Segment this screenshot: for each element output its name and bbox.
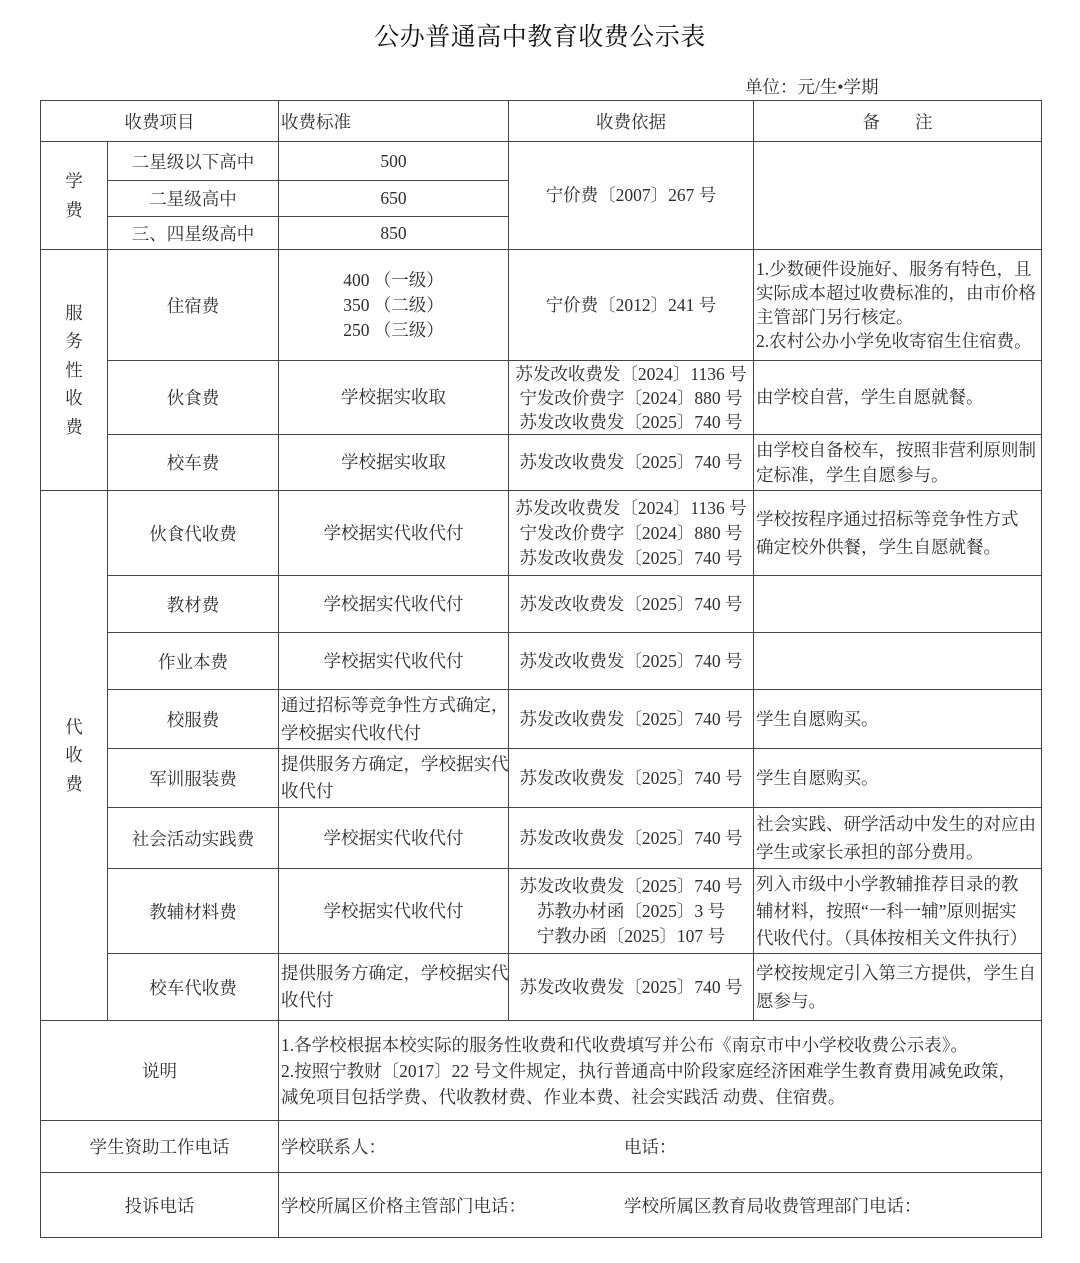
standard-line: 提供服务方确定，学校据实代 — [281, 960, 506, 987]
fee-remarks — [754, 576, 1042, 633]
table-row: 军训服装费 提供服务方确定，学校据实代 收代付 苏发改收费发〔2025〕740 … — [41, 749, 1042, 808]
standard-line: 收代付 — [281, 987, 506, 1014]
aid-phone-row: 学生资助工作电话 学校联系人： 电话： — [41, 1121, 1042, 1173]
remarks-line: 由学校自备校车，按照非营利原则制 — [756, 438, 1039, 463]
basis-line: 宁发改价费字〔2024〕880 号 — [511, 521, 751, 546]
remarks-line: 学生或家长承担的部分费用。 — [756, 838, 1039, 866]
notes-line: 2.按照宁教财〔2017〕22 号文件规定，执行普通高中阶段家庭经济困难学生教育… — [281, 1058, 1039, 1084]
fee-item: 校服费 — [108, 690, 279, 749]
fee-item: 二星级高中 — [108, 181, 279, 217]
category-service-fees: 服务性收费 — [41, 250, 108, 491]
fee-item: 校车代收费 — [108, 954, 279, 1021]
notes-row: 说明 1.各学校根据本校实际的服务性收费和代收费填写并公布《南京市中小学校收费公… — [41, 1021, 1042, 1121]
fee-remarks: 社会实践、研学活动中发生的对应由 学生或家长承担的部分费用。 — [754, 808, 1042, 869]
remarks-line: 学生自愿购买。 — [756, 707, 1039, 732]
fee-standard: 提供服务方确定，学校据实代 收代付 — [279, 954, 509, 1021]
fee-standard: 650 — [279, 181, 509, 217]
header-item: 收费项目 — [41, 101, 279, 142]
fee-item: 军训服装费 — [108, 749, 279, 808]
fee-remarks: 列入市级中小学教辅推荐目录的教 辅材料，按照“一科一辅”原则据实 代收代付。（具… — [754, 869, 1042, 954]
basis-line: 苏发改收费发〔2024〕1136 号 — [511, 496, 751, 521]
table-row: 教材费 学校据实代收代付 苏发改收费发〔2025〕740 号 — [41, 576, 1042, 633]
fee-basis: 苏发改收费发〔2024〕1136 号 宁发改价费字〔2024〕880 号 苏发改… — [509, 491, 754, 576]
fee-standard: 学校据实代收代付 — [279, 869, 509, 954]
category-label: 服务性收费 — [65, 299, 83, 442]
fee-standard: 学校据实代收代付 — [279, 808, 509, 869]
basis-line: 宁价费〔2012〕241 号 — [511, 293, 751, 318]
fee-remarks: 学校按规定引入第三方提供，学生自 愿参与。 — [754, 954, 1042, 1021]
basis-line: 苏发改收费发〔2025〕740 号 — [511, 450, 751, 475]
basis-line: 苏发改收费发〔2025〕740 号 — [511, 649, 751, 674]
aid-phone-label: 学生资助工作电话 — [41, 1121, 279, 1173]
remarks-line: 代收代付。（具体按相关文件执行） — [756, 925, 1039, 952]
standard-line: 通过招标等竞争性方式确定， — [281, 691, 506, 719]
fee-basis: 苏发改收费发〔2025〕740 号 苏教办材函〔2025〕3 号 宁教办函〔20… — [509, 869, 754, 954]
basis-line: 苏发改收费发〔2025〕740 号 — [511, 546, 751, 571]
fee-remarks: 学生自愿购买。 — [754, 690, 1042, 749]
fee-remarks — [754, 633, 1042, 690]
remarks-line: 1.少数硬件设施好、服务有特色，且 — [756, 257, 1039, 281]
fee-basis: 宁价费〔2012〕241 号 — [509, 250, 754, 361]
remarks-line: 实际成本超过收费标准的，由市价格 — [756, 281, 1039, 305]
fee-remarks: 由学校自营，学生自愿就餐。 — [754, 361, 1042, 435]
fee-basis: 苏发改收费发〔2025〕740 号 — [509, 954, 754, 1021]
basis-line: 宁教办函〔2025〕107 号 — [511, 924, 751, 949]
header-standard: 收费标准 — [279, 101, 509, 142]
standard-line: 学校据实代收代付 — [281, 826, 506, 851]
fee-item: 教辅材料费 — [108, 869, 279, 954]
basis-line: 苏发改收费发〔2025〕740 号 — [511, 766, 751, 791]
notes-label: 说明 — [41, 1021, 279, 1121]
standard-line: 学校据实代收代付 — [281, 649, 506, 674]
standard-line: 学校据实代收代付 — [281, 719, 506, 747]
standard-line: 学校据实收取 — [281, 385, 506, 410]
standard-line: 学校据实收取 — [281, 450, 506, 475]
page-title: 公办普通高中教育收费公示表 — [0, 17, 1080, 53]
fee-basis: 苏发改收费发〔2025〕740 号 — [509, 435, 754, 491]
fee-item: 社会活动实践费 — [108, 808, 279, 869]
table-row: 伙食费 学校据实收取 苏发改收费发〔2024〕1136 号 宁发改价费字〔202… — [41, 361, 1042, 435]
standard-line: 350 （二级） — [281, 293, 506, 318]
fee-item: 二星级以下高中 — [108, 142, 279, 181]
fee-standard: 500 — [279, 142, 509, 181]
fee-standard: 学校据实代收代付 — [279, 491, 509, 576]
remarks-line: 确定校外供餐，学生自愿就餐。 — [756, 533, 1039, 561]
fee-basis: 苏发改收费发〔2025〕740 号 — [509, 808, 754, 869]
aid-phone-fields: 学校联系人： 电话： — [281, 1134, 1039, 1159]
complaint-phone-row: 投诉电话 学校所属区价格主管部门电话： 学校所属区教育局收费管理部门电话： — [41, 1173, 1042, 1238]
remarks-line: 主管部门另行核定。 — [756, 305, 1039, 329]
remarks-line: 学校按程序通过招标等竞争性方式 — [756, 505, 1039, 533]
remarks-line: 辅材料，按照“一科一辅”原则据实 — [756, 898, 1039, 925]
table-row: 教辅材料费 学校据实代收代付 苏发改收费发〔2025〕740 号 苏教办材函〔2… — [41, 869, 1042, 954]
notes-line: 减免项目包括学费、代收教材费、作业本费、社会实践活 动费、住宿费。 — [281, 1084, 1039, 1110]
edu-dept-phone-field: 学校所属区教育局收费管理部门电话： — [624, 1193, 922, 1218]
standard-line: 收代付 — [281, 778, 506, 805]
header-remarks: 备 注 — [754, 101, 1042, 142]
fee-standard: 学校据实代收代付 — [279, 576, 509, 633]
remarks-line: 社会实践、研学活动中发生的对应由 — [756, 810, 1039, 838]
standard-line: 提供服务方确定，学校据实代 — [281, 751, 506, 778]
category-label: 代收费 — [65, 713, 83, 799]
fee-table: 收费项目 收费标准 收费依据 备 注 学费 二星级以下高中 500 宁价费〔20… — [40, 100, 1042, 1238]
fee-item: 伙食费 — [108, 361, 279, 435]
complaint-phone-label: 投诉电话 — [41, 1173, 279, 1238]
phone-field: 电话： — [624, 1134, 677, 1159]
basis-line: 苏发改收费发〔2025〕740 号 — [511, 874, 751, 899]
fee-remarks: 学生自愿购买。 — [754, 749, 1042, 808]
basis-line: 苏发改收费发〔2025〕740 号 — [511, 707, 751, 732]
table-row: 服务性收费 住宿费 400 （一级） 350 （二级） 250 （三级） 宁价费… — [41, 250, 1042, 361]
standard-line: 学校据实代收代付 — [281, 592, 506, 617]
basis-line: 宁发改价费字〔2024〕880 号 — [511, 386, 751, 410]
fee-standard: 学校据实收取 — [279, 435, 509, 491]
remarks-line: 愿参与。 — [756, 987, 1039, 1015]
basis-line: 宁价费〔2007〕267 号 — [511, 183, 751, 208]
fee-item: 三、四星级高中 — [108, 217, 279, 250]
table-row: 校车费 学校据实收取 苏发改收费发〔2025〕740 号 由学校自备校车，按照非… — [41, 435, 1042, 491]
school-contact-field: 学校联系人： — [281, 1134, 624, 1159]
header-basis: 收费依据 — [509, 101, 754, 142]
table-row: 学费 二星级以下高中 500 宁价费〔2007〕267 号 — [41, 142, 1042, 181]
remarks-line: 学校按规定引入第三方提供，学生自 — [756, 959, 1039, 987]
fee-standard: 学校据实收取 — [279, 361, 509, 435]
basis-line: 苏发改收费发〔2024〕1136 号 — [511, 362, 751, 386]
fee-item: 教材费 — [108, 576, 279, 633]
price-dept-phone-field: 学校所属区价格主管部门电话： — [281, 1193, 624, 1218]
notes-line: 1.各学校根据本校实际的服务性收费和代收费填写并公布《南京市中小学校收费公示表》… — [281, 1032, 1039, 1058]
basis-line: 苏发改收费发〔2025〕740 号 — [511, 410, 751, 434]
fee-standard: 通过招标等竞争性方式确定， 学校据实代收代付 — [279, 690, 509, 749]
fee-standard: 提供服务方确定，学校据实代 收代付 — [279, 749, 509, 808]
fee-remarks — [754, 142, 1042, 250]
header-row: 收费项目 收费标准 收费依据 备 注 — [41, 101, 1042, 142]
fee-basis: 苏发改收费发〔2025〕740 号 — [509, 749, 754, 808]
fee-basis: 苏发改收费发〔2024〕1136 号 宁发改价费字〔2024〕880 号 苏发改… — [509, 361, 754, 435]
fee-basis: 苏发改收费发〔2025〕740 号 — [509, 690, 754, 749]
category-tuition: 学费 — [41, 142, 108, 250]
fee-item: 住宿费 — [108, 250, 279, 361]
remarks-line: 2.农村公办小学免收寄宿生住宿费。 — [756, 329, 1039, 353]
fee-standard: 850 — [279, 217, 509, 250]
basis-line: 苏发改收费发〔2025〕740 号 — [511, 592, 751, 617]
category-label: 学费 — [65, 167, 83, 224]
aid-phone-content: 学校联系人： 电话： — [279, 1121, 1042, 1173]
fee-remarks: 1.少数硬件设施好、服务有特色，且 实际成本超过收费标准的，由市价格 主管部门另… — [754, 250, 1042, 361]
complaint-phone-fields: 学校所属区价格主管部门电话： 学校所属区教育局收费管理部门电话： — [281, 1193, 1039, 1218]
complaint-phone-content: 学校所属区价格主管部门电话： 学校所属区教育局收费管理部门电话： — [279, 1173, 1042, 1238]
table-row: 代收费 伙食代收费 学校据实代收代付 苏发改收费发〔2024〕1136 号 宁发… — [41, 491, 1042, 576]
fee-item: 伙食代收费 — [108, 491, 279, 576]
standard-line: 学校据实代收代付 — [281, 521, 506, 546]
standard-line: 学校据实代收代付 — [281, 899, 506, 924]
standard-line: 250 （三级） — [281, 318, 506, 343]
basis-line: 苏发改收费发〔2025〕740 号 — [511, 975, 751, 1000]
table-row: 作业本费 学校据实代收代付 苏发改收费发〔2025〕740 号 — [41, 633, 1042, 690]
fee-standard: 学校据实代收代付 — [279, 633, 509, 690]
basis-line: 苏发改收费发〔2025〕740 号 — [511, 826, 751, 851]
standard-line: 400 （一级） — [281, 268, 506, 293]
fee-basis: 苏发改收费发〔2025〕740 号 — [509, 633, 754, 690]
fee-remarks: 学校按程序通过招标等竞争性方式 确定校外供餐，学生自愿就餐。 — [754, 491, 1042, 576]
category-agency-fees: 代收费 — [41, 491, 108, 1021]
fee-item: 校车费 — [108, 435, 279, 491]
table-row: 校服费 通过招标等竞争性方式确定， 学校据实代收代付 苏发改收费发〔2025〕7… — [41, 690, 1042, 749]
basis-line: 苏教办材函〔2025〕3 号 — [511, 899, 751, 924]
remarks-line: 由学校自营，学生自愿就餐。 — [756, 385, 1039, 410]
table-row: 校车代收费 提供服务方确定，学校据实代 收代付 苏发改收费发〔2025〕740 … — [41, 954, 1042, 1021]
fee-standard: 400 （一级） 350 （二级） 250 （三级） — [279, 250, 509, 361]
notes-content: 1.各学校根据本校实际的服务性收费和代收费填写并公布《南京市中小学校收费公示表》… — [279, 1021, 1042, 1121]
remarks-line: 列入市级中小学教辅推荐目录的教 — [756, 871, 1039, 898]
fee-basis: 苏发改收费发〔2025〕740 号 — [509, 576, 754, 633]
unit-label: 单位：元/生•学期 — [745, 74, 879, 99]
table-row: 社会活动实践费 学校据实代收代付 苏发改收费发〔2025〕740 号 社会实践、… — [41, 808, 1042, 869]
fee-remarks: 由学校自备校车，按照非营利原则制 定标准，学生自愿参与。 — [754, 435, 1042, 491]
fee-basis: 宁价费〔2007〕267 号 — [509, 142, 754, 250]
fee-item: 作业本费 — [108, 633, 279, 690]
remarks-line: 定标准，学生自愿参与。 — [756, 463, 1039, 488]
remarks-line: 学生自愿购买。 — [756, 766, 1039, 791]
